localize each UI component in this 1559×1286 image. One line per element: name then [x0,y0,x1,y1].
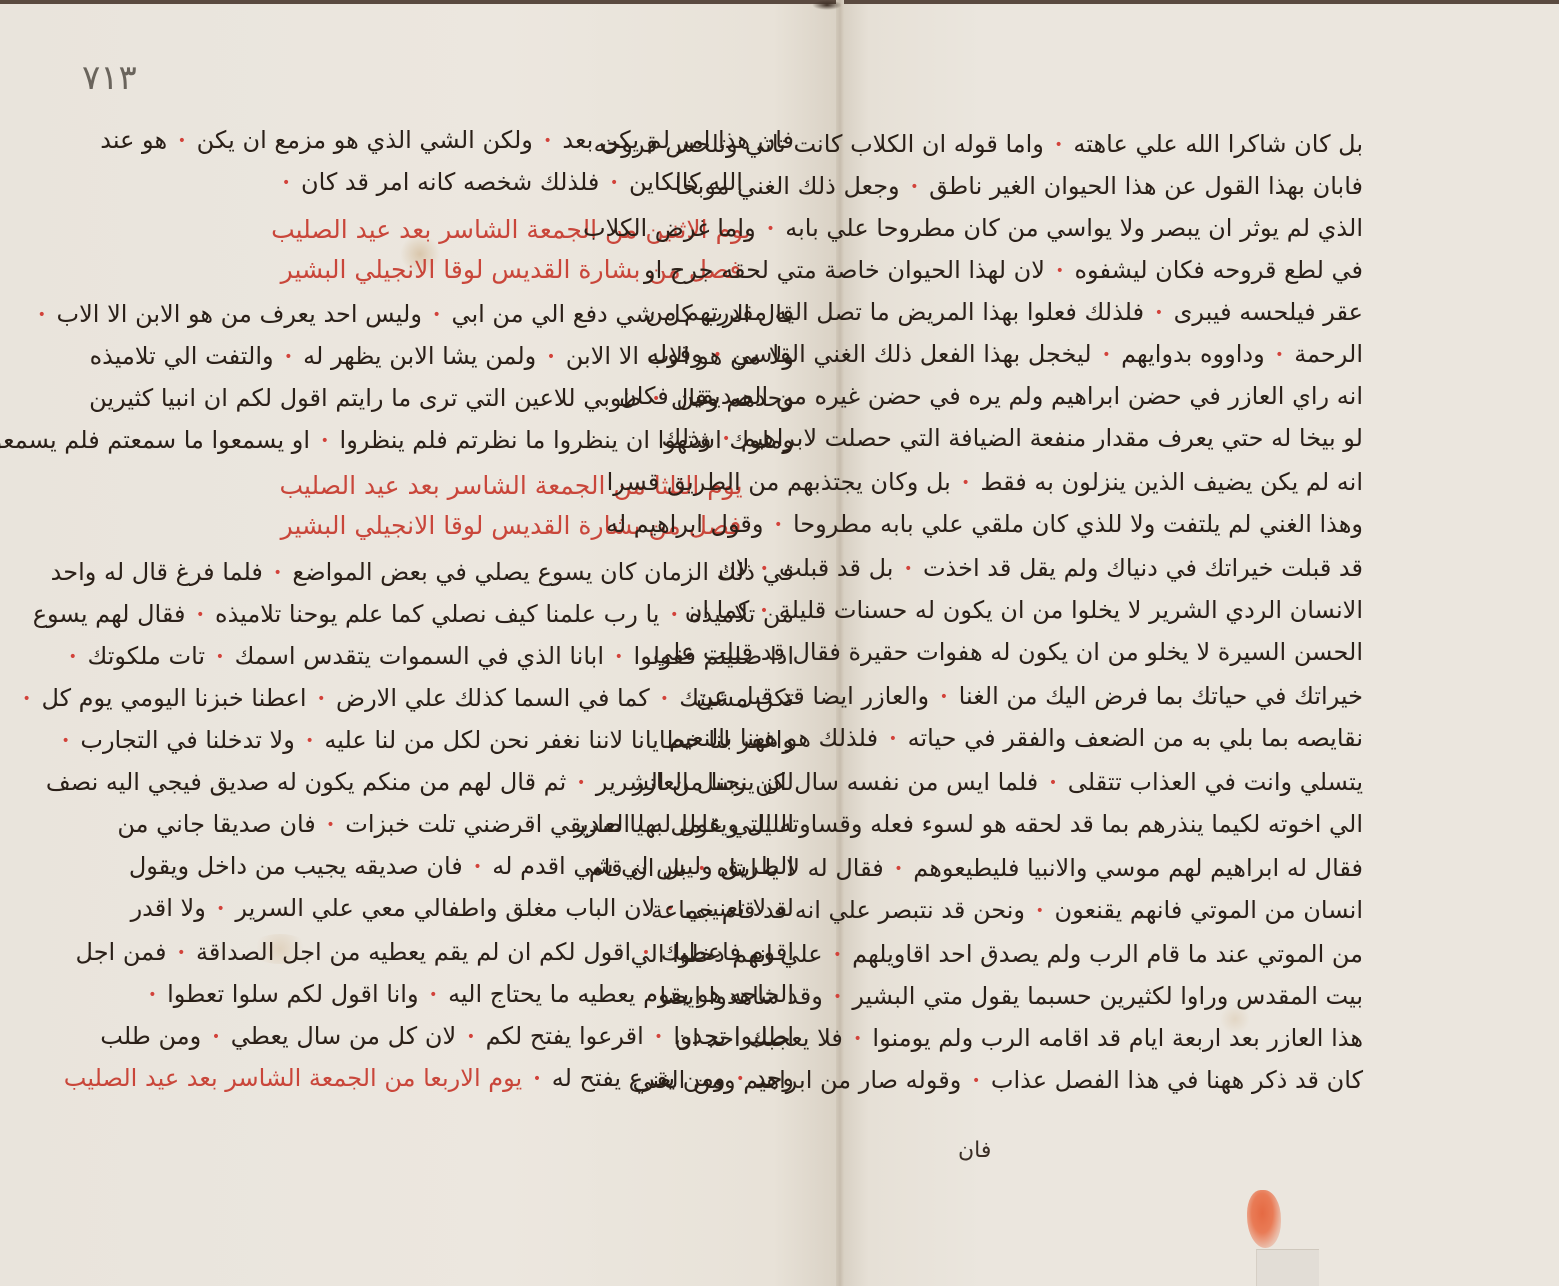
verse-separator-dot: • [58,733,72,749]
verse-separator-dot: • [1046,775,1060,791]
text-line: انه راي العازر في حضن ابراهيم ولم يره في… [843,376,1363,416]
verse-separator-dot: • [757,561,771,577]
verse-separator-dot: • [1272,347,1286,363]
verse-separator-dot: • [318,433,332,449]
catchword: فان [958,1138,991,1163]
verse-separator-dot: • [35,307,49,323]
verse-separator-dot: • [657,691,671,707]
text-line: في لطع قروحه فكان ليشفوه • لان لهذا الحي… [843,250,1363,290]
verse-separator-dot: • [281,349,295,365]
text-line: الذي لم يوثر ان يبصر ولا يواسي من كان مط… [843,208,1363,248]
verse-separator-dot: • [667,607,681,623]
verse-separator-dot: • [710,347,724,363]
text-line: فقال له ابراهيم لهم موسي والانبيا فليطيع… [843,848,1363,888]
verse-separator-dot: • [530,1071,544,1087]
verse-separator-dot: • [719,431,733,447]
verse-separator-dot: • [279,175,293,191]
text-line: نقايصه بما بلي به من الضعف والفقر في حيا… [843,718,1363,758]
text-line: الحسن السيرة لا يخلو من ان يكون له هفوات… [843,632,1363,672]
verse-separator-dot: • [607,175,621,191]
verse-separator-dot: • [695,861,709,877]
verse-separator-dot: • [209,1029,223,1045]
verse-separator-dot: • [891,861,905,877]
verse-separator-dot: • [757,603,771,619]
verse-separator-dot: • [763,221,777,237]
verse-separator-dot: • [612,649,626,665]
verse-separator-dot: • [574,775,588,791]
verse-separator-dot: • [544,349,558,365]
verse-separator-dot: • [907,179,921,195]
text-line: الانسان الردي الشرير لا يخلوا من ان يكون… [843,590,1363,630]
verse-separator-dot: • [1033,903,1047,919]
gutter-shadow [812,0,842,10]
text-line: في ذلك الزمان كان يسوع يصلي في بعض الموا… [228,552,794,592]
verse-separator-dot: • [1053,263,1067,279]
text-line: بيت المقدس وراوا لكثيرين حسبما يقول متي … [843,976,1363,1016]
verse-separator-dot: • [430,307,444,323]
folio-number: ٧١٣ [82,58,137,98]
verse-separator-dot: • [302,733,316,749]
text-line: يتسلي وانت في العذاب تتقلى • فلما ايس من… [843,762,1363,802]
paper-tab [1256,1249,1319,1286]
verse-separator-dot: • [969,1073,983,1089]
text-line: بل كان شاكرا الله علي عاهته • واما قوله … [843,124,1363,164]
verse-separator-dot: • [20,691,34,707]
verse-separator-dot: • [541,133,555,149]
verse-separator-dot: • [175,133,189,149]
verse-separator-dot: • [193,607,207,623]
text-line: خيراتك في حياتك بما فرض اليك من الغنا • … [843,676,1363,716]
verse-separator-dot: • [651,1029,665,1045]
verse-separator-dot: • [886,731,900,747]
rubric-segment: يوم الاربعا من الجمعة الشاسر بعد عيد الص… [64,1064,522,1092]
verse-separator-dot: • [771,517,785,533]
verse-separator-dot: • [1152,305,1166,321]
verse-separator-dot: • [958,475,972,491]
text-line: انه لم يكن يضيف الذين ينزلون به فقط • بل… [843,462,1363,502]
verse-separator-dot: • [830,947,844,963]
text-line: انسان من الموتي فانهم يقنعون • ونحن قد ن… [843,890,1363,930]
verse-separator-dot: • [1052,137,1066,153]
verse-separator-dot: • [426,987,440,1003]
red-pigment-stain [1247,1190,1281,1248]
verse-separator-dot: • [271,565,285,581]
verse-separator-dot: • [213,649,227,665]
verse-separator-dot: • [314,691,328,707]
verse-separator-dot: • [174,945,188,961]
verse-separator-dot: • [830,989,844,1005]
verse-separator-dot: • [66,649,80,665]
verse-separator-dot: • [464,1029,478,1045]
verse-separator-dot: • [470,859,484,875]
text-line: هذا العازر بعد اربعة ايام قد اقامه الرب … [843,1018,1363,1058]
text-line: فابان بهذا القول عن هذا الحيوان الغير نا… [843,166,1363,206]
verse-separator-dot: • [145,987,159,1003]
text-line: لو بيخا له حتي يعرف مقدار منفعة الضيافة … [843,418,1363,458]
text-line: وهذا الغني لم يلتفت ولا للذي كان ملقي عل… [843,504,1363,544]
text-line: الي اخوته لكيما ينذرهم بما قد لحقه هو لس… [843,804,1363,844]
verse-separator-dot: • [213,901,227,917]
text-line: كان قد ذكر ههنا في هذا الفصل عذاب • وقول… [843,1060,1363,1100]
verse-separator-dot: • [901,561,915,577]
verse-separator-dot: • [937,689,951,705]
verse-separator-dot: • [851,1031,865,1047]
text-line: قد قبلت خيراتك في دنياك ولم يقل قد اخذت … [843,548,1363,588]
text-line: عقر فيلحسه فيبرى • فلذلك فعلوا بهذا المر… [843,292,1363,332]
text-line: من الموتي عند ما قام الرب ولم يصدق احد ا… [843,934,1363,974]
verse-separator-dot: • [1099,347,1113,363]
text-line: الرحمة • وداووه بدوايهم • ليخجل بهذا الف… [843,334,1363,374]
verse-separator-dot: • [323,817,337,833]
